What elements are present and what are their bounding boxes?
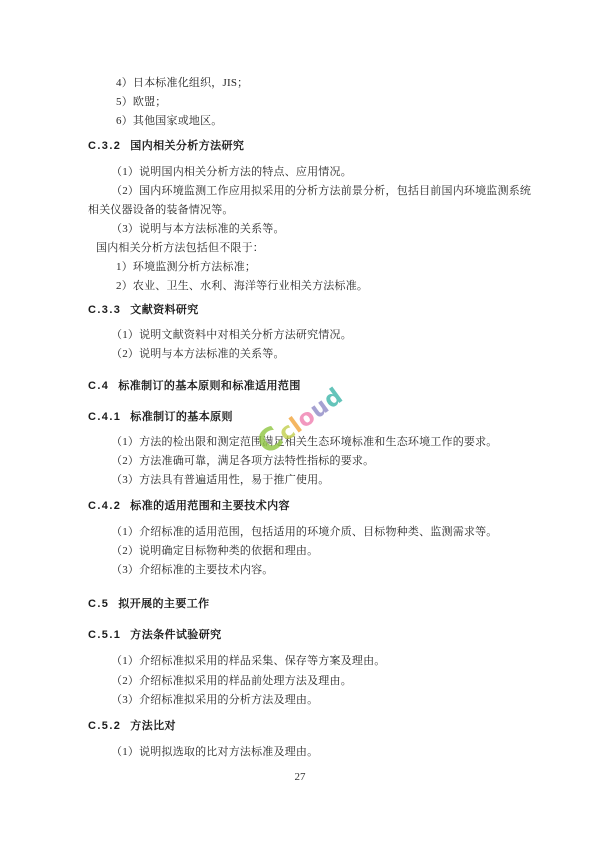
section-heading-c42: C.4.2标准的适用范围和主要技术内容	[88, 499, 290, 514]
section-number: C.5.1	[88, 629, 121, 641]
paragraph-line: （1）介绍标准的适用范围，包括适用的环境介质、目标物种类、监测需求等。	[111, 525, 498, 540]
paragraph-line: （1）说明拟选取的比对方法标准及理由。	[111, 745, 318, 760]
paragraph-line: （1）介绍标准拟采用的样品采集、保存等方案及理由。	[111, 654, 386, 669]
section-heading-c5: C.5拟开展的主要工作	[88, 597, 210, 612]
paragraph-line: （1）方法的检出限和测定范围满足相关生态环境标准和生态环境工作的要求。	[111, 435, 498, 450]
paragraph-line: （1）说明文献资料中对相关分析方法研究情况。	[111, 328, 352, 343]
section-title: 标准制订的基本原则和标准适用范围	[118, 380, 300, 392]
document-page: 4）日本标准化组织，JIS； 5）欧盟； 6）其他国家或地区。 C.3.2国内相…	[0, 0, 600, 848]
paragraph-line: （1）说明国内相关分析方法的特点、应用情况。	[111, 165, 352, 180]
list-item: 5）欧盟；	[116, 95, 167, 110]
paragraph-line: （3）说明与本方法标准的关系等。	[111, 222, 285, 237]
section-number: C.5.2	[88, 720, 121, 732]
section-title: 拟开展的主要工作	[118, 598, 209, 610]
paragraph-line: （2）说明与本方法标准的关系等。	[111, 347, 285, 362]
section-number: C.4	[88, 380, 109, 392]
section-number: C.5	[88, 598, 109, 610]
section-title: 方法比对	[130, 720, 176, 732]
watermark-letter: u	[305, 393, 334, 424]
paragraph-line: （2）国内环境监测工作应用拟采用的分析方法前景分析，包括目前国内环境监测系统	[111, 184, 531, 199]
section-heading-c41: C.4.1标准制订的基本原则	[88, 410, 233, 425]
section-heading-c52: C.5.2方法比对	[88, 719, 176, 734]
paragraph-line: （3）介绍标准的主要技术内容。	[111, 563, 274, 578]
paragraph-line: （3）方法具有普遍适用性，易于推广使用。	[111, 473, 330, 488]
section-title: 标准的适用范围和主要技术内容	[130, 500, 290, 512]
section-number: C.4.1	[88, 411, 121, 423]
section-title: 文献资料研究	[130, 304, 198, 316]
list-item: 4）日本标准化组织，JIS；	[116, 76, 248, 91]
paragraph-line: （2）方法准确可靠，满足各项方法特性指标的要求。	[111, 454, 374, 469]
section-heading-c33: C.3.3文献资料研究	[88, 303, 199, 318]
section-heading-c51: C.5.1方法条件试验研究	[88, 628, 222, 643]
paragraph-line: 国内相关分析方法包括但不限于：	[96, 241, 264, 256]
section-heading-c32: C.3.2国内相关分析方法研究	[88, 139, 244, 154]
section-number: C.3.2	[88, 140, 121, 152]
paragraph-line: 相关仪器设备的装备情况等。	[88, 203, 234, 218]
section-number: C.3.3	[88, 304, 121, 316]
list-item: 1）环境监测分析方法标准；	[116, 260, 256, 275]
paragraph-line: （2）说明确定目标物种类的依据和理由。	[111, 544, 318, 559]
section-heading-c4: C.4标准制订的基本原则和标准适用范围	[88, 379, 301, 394]
list-item: 6）其他国家或地区。	[116, 114, 223, 129]
page-number: 27	[0, 771, 600, 783]
section-title: 国内相关分析方法研究	[130, 140, 244, 152]
paragraph-line: （2）介绍标准拟采用的样品前处理方法及理由。	[111, 674, 352, 689]
list-item: 2）农业、卫生、水利、海洋等行业相关方法标准。	[116, 279, 368, 294]
section-number: C.4.2	[88, 500, 121, 512]
watermark-letter: d	[319, 383, 348, 414]
watermark-letter: o	[292, 403, 320, 434]
paragraph-line: （3）介绍标准拟采用的分析方法及理由。	[111, 693, 318, 708]
section-title: 方法条件试验研究	[130, 629, 221, 641]
section-title: 标准制订的基本原则	[130, 411, 233, 423]
